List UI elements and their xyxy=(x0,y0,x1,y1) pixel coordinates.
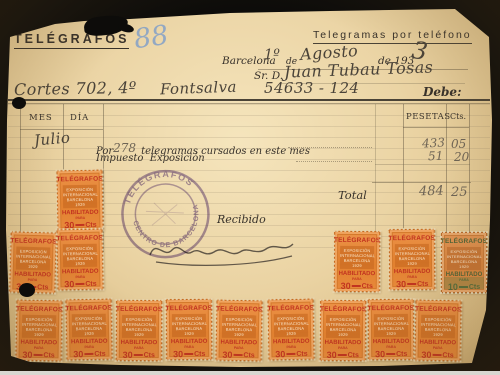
stamp-expo-line3: BARCELONA 1929 xyxy=(374,326,408,336)
dotted-leader xyxy=(296,161,372,162)
stamp-dash xyxy=(352,285,361,287)
stamp-value-row: 30 Cts xyxy=(64,279,96,290)
postage-stamp: TELÉGRAFOS EXPOSICIÓN INTERNACIONAL BARC… xyxy=(389,229,436,290)
stamp-telegrafos-overprint: TELÉGRAFOS xyxy=(334,237,380,244)
telegrafos-heading: TELÉGRAFOS xyxy=(14,32,129,49)
stamp-telegrafos-overprint: TELÉGRAFOS xyxy=(267,305,314,313)
stamp-value: 30 xyxy=(173,349,183,359)
stamp-dash xyxy=(459,286,468,288)
stamp-expo-line3: BARCELONA 1929 xyxy=(447,259,481,269)
row1-cts: 05 xyxy=(451,137,466,151)
day-handwritten: 1º xyxy=(264,47,280,63)
stamp-cts-label: Cts xyxy=(85,221,96,228)
col-line xyxy=(20,104,21,252)
postage-stamp: TELÉGRAFOS EXPOSICIÓN INTERNACIONAL BARC… xyxy=(441,232,487,293)
stamp-expo-line3: BARCELONA 1929 xyxy=(421,327,455,338)
stamp-value: 30 xyxy=(64,279,74,289)
stamp-expo-line3: BARCELONA 1929 xyxy=(326,327,360,337)
stamp-expo-center-text: EXPOSICIÓN INTERNACIONAL BARCELONA 1929 xyxy=(63,244,97,268)
stamp-value-row: 30 Cts xyxy=(275,349,307,360)
stamp-cts-label: Cts xyxy=(43,352,54,359)
postage-stamp: TELÉGRAFOS EXPOSICIÓN INTERNACIONAL BARC… xyxy=(267,299,314,361)
stamp-value-row: 30 Cts xyxy=(421,350,453,361)
stamp-value-row: 30 Cts xyxy=(396,279,428,289)
stamp-value-row: 30 Cts xyxy=(222,350,254,361)
row2-pesetas: 51 xyxy=(428,149,444,164)
header-underline xyxy=(403,127,469,128)
stamp-expo-center-text: EXPOSICIÓN INTERNACIONAL BARCELONA 1929 xyxy=(72,314,106,338)
stamp-dash xyxy=(84,353,93,355)
stamp-telegrafos-overprint: TELÉGRAFOS xyxy=(56,176,103,184)
stamp-para-overprint: PARA xyxy=(459,278,469,282)
stamp-cts-label: Cts xyxy=(362,283,373,290)
stamp-expo-line3: BARCELONA 1929 xyxy=(72,326,106,337)
stamp-expo-center-text: EXPOSICIÓN INTERNACIONAL BARCELONA 1929 xyxy=(222,315,256,339)
stamp-dash xyxy=(432,354,441,356)
stamp-expo-line3: BARCELONA 1929 xyxy=(22,327,56,338)
stamp-value-row: 30 Cts xyxy=(173,349,205,359)
stamp-cts-label: Cts xyxy=(194,350,205,357)
stamp-dash xyxy=(407,283,416,285)
postage-stamp: TELÉGRAFOS EXPOSICIÓN INTERNACIONAL BARC… xyxy=(15,300,62,362)
stamp-expo-line3: BARCELONA 1929 xyxy=(122,327,156,337)
row-rule xyxy=(375,164,470,165)
row1-description: Por278 telegramas cursados en este mes xyxy=(96,139,310,158)
total-cts: 25 xyxy=(451,185,468,200)
stamp-telegrafos-overprint: TELÉGRAFOS xyxy=(415,306,462,314)
debe-label: Debe: xyxy=(423,85,462,99)
stamp-telegrafos-overprint: TELÉGRAFOS xyxy=(320,306,366,313)
phone-numbers-handwritten: 54633 - 124 xyxy=(264,79,359,97)
qty-handwritten: 278 xyxy=(113,141,136,155)
stamp-value-row: 30 Cts xyxy=(341,281,373,291)
street-handwritten: Cortes 702, 4º xyxy=(14,78,137,99)
postage-stamp: TELÉGRAFOS EXPOSICIÓN INTERNACIONAL BARC… xyxy=(116,300,163,361)
punch-hole-top xyxy=(12,97,26,109)
stamp-dash xyxy=(233,354,242,356)
stamp-expo-line3: BARCELONA 1929 xyxy=(395,256,429,266)
postage-stamp: TELÉGRAFOS EXPOSICIÓN INTERNACIONAL BARC… xyxy=(9,231,57,293)
stamp-cts-label: Cts xyxy=(37,284,48,291)
pencil-number: 88 xyxy=(132,20,170,55)
desc-prefix: Por xyxy=(96,146,113,157)
stamp-value-row: 30 Cts xyxy=(123,350,155,360)
stamp-value: 30 xyxy=(375,349,385,359)
addressee-name-handwritten: Juan Tubau Tosas xyxy=(284,57,434,81)
seal-scribble xyxy=(144,196,186,231)
punch-hole-bottom xyxy=(19,283,35,297)
postage-stamp: TELÉGRAFOS EXPOSICIÓN INTERNACIONAL BARC… xyxy=(56,229,103,291)
stamp-value: 30 xyxy=(327,350,337,360)
document-photo: TELÉGRAFOS 88 Telegramas por teléfono Ba… xyxy=(0,0,500,375)
stamp-value-row: 10 Cts xyxy=(448,282,480,292)
stamp-expo-line3: BARCELONA 1929 xyxy=(63,256,97,267)
stamp-telegrafos-overprint: TELÉGRAFOS xyxy=(65,305,112,313)
stamp-cts-label: Cts xyxy=(417,280,428,287)
stamp-cts-label: Cts xyxy=(243,352,254,359)
stamp-expo-line3: BARCELONA 1929 xyxy=(16,259,50,270)
postage-stamp: TELÉGRAFOS EXPOSICIÓN INTERNACIONAL BARC… xyxy=(414,300,461,362)
stamp-value: 30 xyxy=(421,350,431,360)
background-strip xyxy=(0,371,500,375)
stamp-value: 30 xyxy=(222,350,232,360)
stamp-expo-center-text: EXPOSICIÓN INTERNACIONAL BARCELONA 1929 xyxy=(172,314,206,337)
stamp-expo-center-text: EXPOSICIÓN INTERNACIONAL BARCELONA 1929 xyxy=(16,247,51,271)
stamp-value: 30 xyxy=(22,350,32,360)
postage-stamp: TELÉGRAFOS EXPOSICIÓN INTERNACIONAL BARC… xyxy=(56,170,103,232)
stamp-telegrafos-overprint: TELÉGRAFOS xyxy=(56,235,103,243)
stamp-value: 30 xyxy=(341,281,351,291)
stamp-value-row: 30 Cts xyxy=(327,350,359,360)
stamp-cts-label: Cts xyxy=(94,350,105,357)
stamp-telegrafos-overprint: TELÉGRAFOS xyxy=(389,235,435,242)
stamp-telegrafos-overprint: TELÉGRAFOS xyxy=(10,237,57,245)
postage-stamp: TELÉGRAFOS EXPOSICIÓN INTERNACIONAL BARC… xyxy=(368,299,415,360)
stamp-value: 30 xyxy=(73,349,83,359)
exchange-handwritten: Fontsalva xyxy=(160,78,237,99)
row2-cts: 20 xyxy=(454,150,469,164)
stamp-expo-center-text: EXPOSICIÓN INTERNACIONAL BARCELONA 1929 xyxy=(122,315,156,338)
stamp-habilitado-overprint: HABILITADO xyxy=(446,272,483,278)
stamp-expo-line3: BARCELONA 1929 xyxy=(274,326,308,337)
desc-suffix: telegramas cursados en este mes xyxy=(141,146,310,157)
total-rule xyxy=(372,182,471,183)
stamp-dash xyxy=(75,283,84,285)
stamp-dash xyxy=(386,353,395,355)
postage-stamp: TELÉGRAFOS EXPOSICIÓN INTERNACIONAL BARC… xyxy=(320,300,367,361)
col-line xyxy=(375,104,376,252)
heavy-rule-2 xyxy=(8,103,490,104)
stamp-cts-label: Cts xyxy=(144,352,155,359)
stamp-value: 30 xyxy=(275,349,285,359)
postage-stamp: TELÉGRAFOS EXPOSICIÓN INTERNACIONAL BARC… xyxy=(334,231,381,292)
stamp-expo-line3: BARCELONA 1929 xyxy=(63,197,97,208)
stamp-cts-label: Cts xyxy=(348,352,359,359)
postage-stamp: TELÉGRAFOS EXPOSICIÓN INTERNACIONAL BARC… xyxy=(215,300,262,362)
stamp-expo-center-text: EXPOSICIÓN INTERNACIONAL BARCELONA 1929 xyxy=(395,244,429,267)
stamp-cts-label: Cts xyxy=(469,284,480,291)
postage-stamp: TELÉGRAFOS EXPOSICIÓN INTERNACIONAL BARC… xyxy=(166,299,213,360)
stamp-dash xyxy=(75,224,84,226)
mes-handwritten: Julio xyxy=(33,128,71,149)
stamp-cts-label: Cts xyxy=(85,280,96,287)
stamp-dash xyxy=(33,354,42,356)
stamp-expo-center-text: EXPOSICIÓN INTERNACIONAL BARCELONA 1929 xyxy=(274,314,308,338)
stamp-telegrafos-overprint: TELÉGRAFOS xyxy=(116,306,162,313)
stamp-value: 30 xyxy=(396,279,406,289)
stamp-telegrafos-overprint: TELÉGRAFOS xyxy=(368,305,414,312)
stamp-value: 30 xyxy=(123,350,133,360)
stamp-telegrafos-overprint: TELÉGRAFOS xyxy=(166,305,212,312)
stamp-expo-line3: BARCELONA 1929 xyxy=(340,258,374,268)
stamp-telegrafos-overprint: TELÉGRAFOS xyxy=(441,238,487,245)
stamp-telegrafos-overprint: TELÉGRAFOS xyxy=(216,306,263,314)
stamp-expo-center-text: EXPOSICIÓN INTERNACIONAL BARCELONA 1929 xyxy=(63,185,97,209)
stamp-expo-center-text: EXPOSICIÓN INTERNACIONAL BARCELONA 1929 xyxy=(326,315,360,338)
stamp-value-row: 30 Cts xyxy=(22,350,54,361)
stamp-value-row: 30 Cts xyxy=(73,349,105,360)
stamp-dash xyxy=(134,354,143,356)
col-line xyxy=(469,104,470,252)
total-pesetas: 484 xyxy=(419,184,444,200)
stamp-cts-label: Cts xyxy=(396,350,407,357)
stamp-expo-line3: BARCELONA 1929 xyxy=(172,326,206,336)
stamp-expo-center-text: EXPOSICIÓN INTERNACIONAL BARCELONA 1929 xyxy=(340,246,374,269)
receipt-paper: TELÉGRAFOS 88 Telegramas por teléfono Ba… xyxy=(0,0,500,375)
stamp-dash xyxy=(286,353,295,355)
stamp-dash xyxy=(184,353,193,355)
stamp-telegrafos-overprint: TELÉGRAFOS xyxy=(16,306,63,314)
stamp-expo-center-text: EXPOSICIÓN INTERNACIONAL BARCELONA 1929 xyxy=(374,314,408,337)
postage-stamp: TELÉGRAFOS EXPOSICIÓN INTERNACIONAL BARC… xyxy=(65,299,112,361)
stamp-dash xyxy=(338,354,347,356)
stamp-expo-center-text: EXPOSICIÓN INTERNACIONAL BARCELONA 1929 xyxy=(447,247,481,270)
heavy-rule xyxy=(8,99,490,101)
stamp-expo-line3: BARCELONA 1929 xyxy=(222,327,256,338)
stamp-value: 10 xyxy=(448,282,458,292)
stamp-value-row: 30 Cts xyxy=(375,349,407,359)
stamp-cts-label: Cts xyxy=(442,352,453,359)
stamp-expo-center-text: EXPOSICIÓN INTERNACIONAL BARCELONA 1929 xyxy=(22,315,56,339)
stamp-cts-label: Cts xyxy=(296,350,307,357)
stamp-expo-center-text: EXPOSICIÓN INTERNACIONAL BARCELONA 1929 xyxy=(421,315,455,339)
